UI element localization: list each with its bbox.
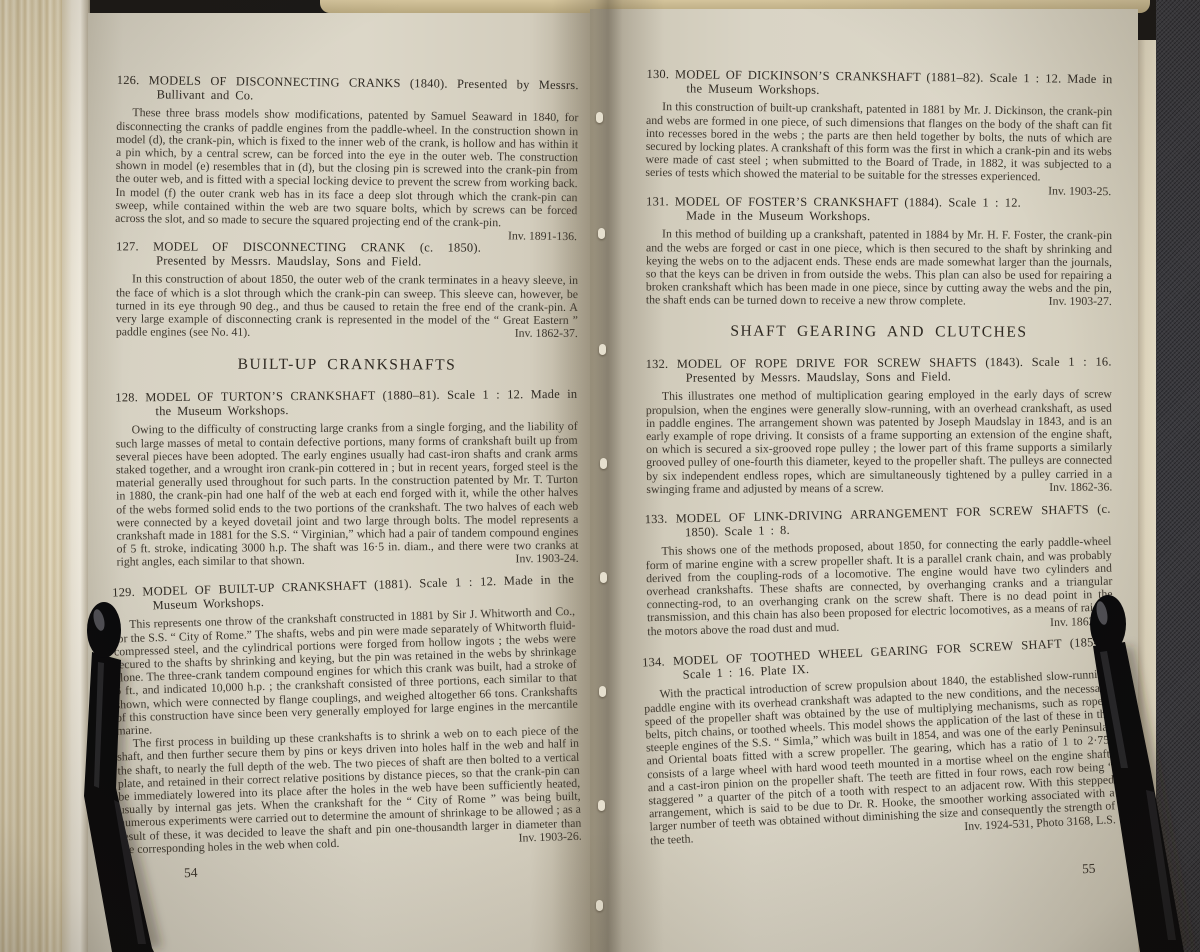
entry-131-heading: 131. MODEL OF FOSTER’S CRANKSHAFT (1884)… [646,194,1112,224]
entry-127-inventory-number: Inv. 1862-37. [499,327,578,340]
right-page: 130. MODEL OF DICKINSON’S CRANKSHAFT (18… [590,9,1138,952]
entry-133-body: This shows one of the methods proposed, … [645,535,1113,638]
entry-134-body: With the practical introduction of screw… [643,668,1116,847]
stitch-thread [599,686,606,697]
entry-132-inventory-number: Inv. 1862-36. [1033,481,1112,495]
catalogue-entry-131: 131. MODEL OF FOSTER’S CRANKSHAFT (1884)… [646,194,1112,308]
entry-132-heading: 132. MODEL OF ROPE DRIVE FOR SCREW SHAFT… [646,355,1112,386]
stitch-thread [598,800,605,811]
catalogue-entry-132: 132. MODEL OF ROPE DRIVE FOR SCREW SHAFT… [646,355,1113,496]
entry-129-inventory-number: Inv. 1903-26. [502,830,581,846]
section-heading-shaft-gearing-and-clutches: SHAFT GEARING AND CLUTCHES [646,323,1112,343]
stitch-thread [596,112,603,123]
left-page: 126. MODELS OF DISCONNECTING CRANKS (184… [88,13,590,952]
book-cover-cloth [1156,0,1200,952]
fore-edge-page-stack [0,0,62,952]
entry-128-inventory-number: Inv. 1903-24. [499,552,578,566]
entry-131-inventory-number: Inv. 1903-27. [1033,295,1112,308]
entry-132-text: This illustrates one method of multiplic… [646,387,1112,496]
catalogue-entry-130: 130. MODEL OF DICKINSON’S CRANKSHAFT (18… [645,67,1112,185]
catalogue-entry-126: 126. MODELS OF DISCONNECTING CRANKS (184… [115,73,579,230]
entry-128-body: Owing to the difficulty of constructing … [116,420,579,569]
catalogue-entry-127: 127. MODEL OF DISCONNECTING CRANK (c. 18… [116,240,578,341]
entry-128-text: Owing to the difficulty of constructing … [116,419,579,569]
entry-131-body: In this method of building up a cranksha… [646,227,1112,308]
page-number-54: 54 [184,865,198,881]
catalogue-entry-133: 133. MODEL OF LINK-DRIVING ARRANGEMENT F… [645,502,1114,638]
catalogue-entry-128: 128. MODEL OF TURTON’S CRANKSHAFT (1880–… [115,386,578,568]
entry-127-body: In this construction of about 1850, the … [116,273,578,341]
entry-126-heading: 126. MODELS OF DISCONNECTING CRANKS (184… [117,73,579,107]
catalogue-entry-129: 129. MODEL OF BUILT-UP CRANKSHAFT (1881)… [112,572,582,857]
entry-130-body: In this construction of built-up cranksh… [645,100,1112,185]
entry-132-body: This illustrates one method of multiplic… [646,388,1113,496]
entry-127-heading: 127. MODEL OF DISCONNECTING CRANK (c. 18… [116,240,578,270]
stitch-thread [599,344,606,355]
entry-126-body: These three brass models show modificati… [115,106,578,230]
book-photograph: 126. MODELS OF DISCONNECTING CRANKS (184… [0,0,1200,952]
entry-130-heading: 130. MODEL OF DICKINSON’S CRANKSHAFT (18… [646,67,1112,101]
entry-130-text: In this construction of built-up cranksh… [645,99,1112,183]
section-heading-built-up-crankshafts: BUILT-UP CRANKSHAFTS [116,355,578,375]
page-number-55: 55 [1082,861,1096,878]
stitch-thread [600,572,607,583]
stitch-thread [598,228,605,239]
entry-129-body-2: The first process in building up these c… [117,724,582,856]
entry-128-heading: 128. MODEL OF TURTON’S CRANKSHAFT (1880–… [115,386,577,418]
catalogue-entry-134: 134. MODEL OF TOOTHED WHEEL GEARING FOR … [642,635,1116,848]
entry-126-text: These three brass models show modificati… [115,105,578,229]
right-text-column: 130. MODEL OF DICKINSON’S CRANKSHAFT (18… [590,9,1138,839]
entry-133-inventory-number: Inv. 1862-35. [1034,615,1113,630]
stitch-thread [600,458,607,469]
left-text-column: 126. MODELS OF DISCONNECTING CRANKS (184… [88,13,590,851]
stitch-thread [596,900,603,911]
fore-edge-inner-leaves [62,0,90,952]
entry-129-body-1: This represents one throw of the cranksh… [113,606,578,738]
